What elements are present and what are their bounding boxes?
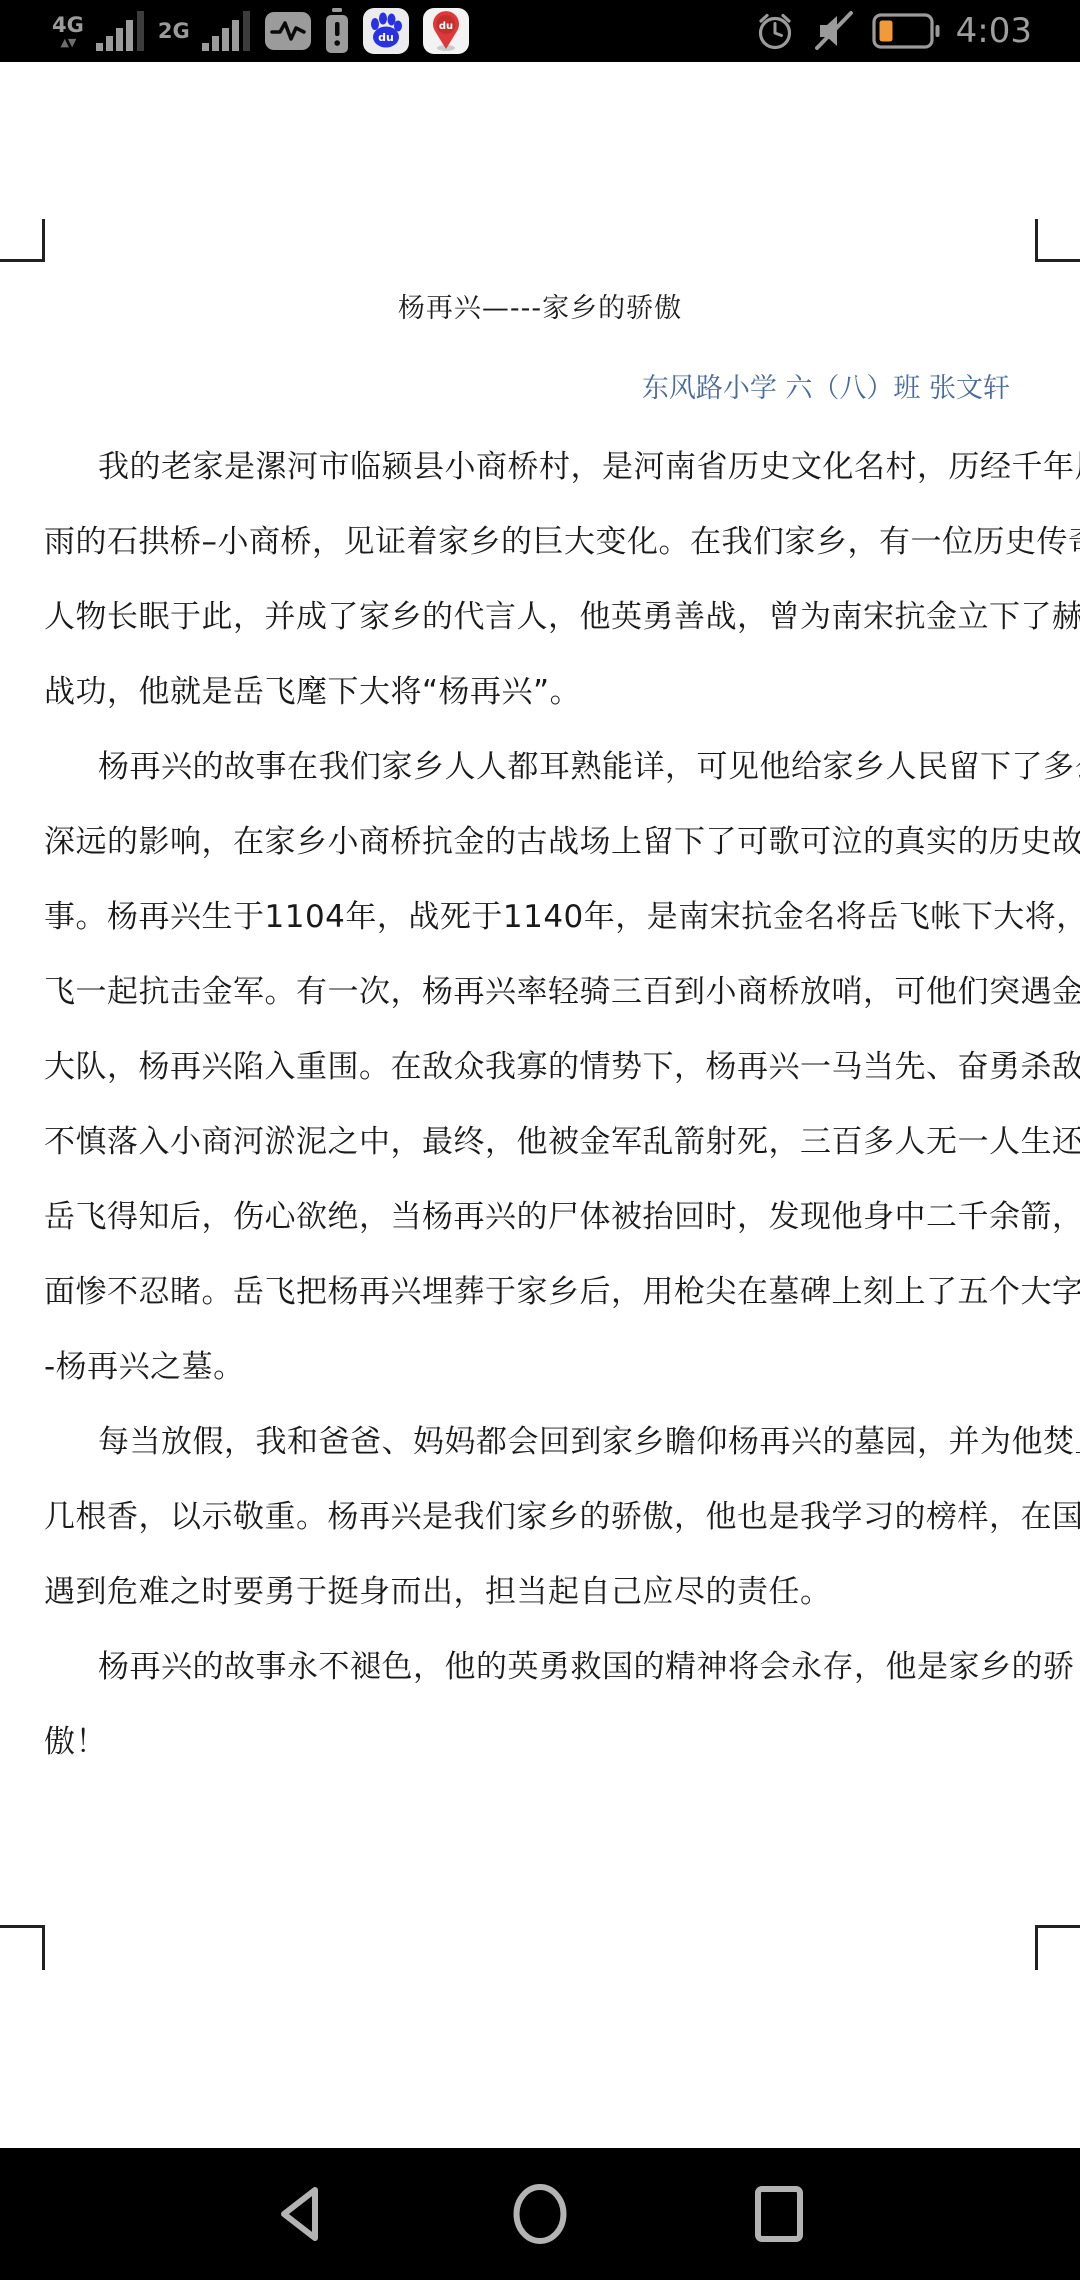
baidu-icon-text: du [378, 31, 394, 44]
home-icon[interactable] [512, 2183, 568, 2245]
signal-bars-sim2-icon [202, 9, 252, 53]
essay-document: 杨再兴—---家乡的骄傲 东风路小学 六（八）班 张文轩 我的老家是漯河市临颍县… [0, 62, 1080, 1780]
essay-line: 人物长眠于此，并成了家乡的代言人，他英勇善战，曾为南宋抗金立下了赫赫 [44, 580, 1042, 655]
status-bar: 4G ▲▼ 2G [0, 0, 1080, 62]
essay-line: 遇到危难之时要勇于挺身而出，担当起自己应尽的责任。 [44, 1555, 1042, 1630]
essay-line: -杨再兴之墓。 [44, 1330, 1042, 1405]
back-icon[interactable] [276, 2184, 322, 2244]
battery-alert-icon [324, 8, 350, 54]
essay-line: 每当放假，我和爸爸、妈妈都会回到家乡瞻仰杨再兴的墓园，并为他焚上 [44, 1405, 1042, 1480]
sim1-network-label: 4G ▲▼ [52, 15, 84, 48]
essay-title: 杨再兴—---家乡的骄傲 [0, 288, 1080, 330]
pulse-app-icon [264, 10, 312, 52]
map-icon-text: du [439, 21, 453, 32]
android-navigation-bar [0, 2148, 1080, 2280]
signal-bars-sim1-icon [96, 9, 146, 53]
essay-line: 飞一起抗击金军。有一次，杨再兴率轻骑三百到小商桥放哨，可他们突遇金军 [44, 955, 1042, 1030]
essay-line: 傲！ [44, 1705, 1042, 1780]
essay-line: 杨再兴的故事永不褪色，他的英勇救国的精神将会永存，他是家乡的骄 [44, 1630, 1042, 1705]
essay-line: 不慎落入小商河淤泥之中，最终，他被金军乱箭射死，三百多人无一人生还。 [44, 1105, 1042, 1180]
essay-line: 雨的石拱桥–小商桥，见证着家乡的巨大变化。在我们家乡，有一位历史传奇 [44, 505, 1042, 580]
essay-body: 我的老家是漯河市临颍县小商桥村，是河南省历史文化名村，历经千年风雨的石拱桥–小商… [0, 430, 1080, 1780]
battery-icon [872, 13, 940, 49]
mute-icon [812, 10, 856, 52]
margin-corner-bottom-left [0, 1925, 45, 1970]
baidu-maps-app-icon: du [422, 7, 470, 55]
status-bar-left: 4G ▲▼ 2G [52, 7, 470, 55]
sim2-network-label: 2G [158, 21, 190, 42]
document-page[interactable]: 杨再兴—---家乡的骄傲 东风路小学 六（八）班 张文轩 我的老家是漯河市临颍县… [0, 62, 1080, 2148]
essay-line: 几根香，以示敬重。杨再兴是我们家乡的骄傲，他也是我学习的榜样，在国家 [44, 1480, 1042, 1555]
essay-line: 岳飞得知后，伤心欲绝，当杨再兴的尸体被抬回时，发现他身中二千余箭，场 [44, 1180, 1042, 1255]
essay-line: 杨再兴的故事在我们家乡人人都耳熟能详，可见他给家乡人民留下了多么 [44, 730, 1042, 805]
data-transfer-arrows-icon: ▲▼ [60, 37, 75, 48]
phone-screen: 4G ▲▼ 2G [0, 0, 1080, 2280]
recents-icon[interactable] [754, 2185, 804, 2243]
sim2-network-type: 2G [158, 21, 190, 42]
baidu-app-icon: du [362, 7, 410, 55]
essay-line: 我的老家是漯河市临颍县小商桥村，是河南省历史文化名村，历经千年风 [44, 430, 1042, 505]
essay-line: 面惨不忍睹。岳飞把杨再兴埋葬于家乡后，用枪尖在墓碑上刻上了五个大字---- [44, 1255, 1042, 1330]
essay-line: 事。杨再兴生于1104年，战死于1140年，是南宋抗金名将岳飞帐下大将，跟岳 [44, 880, 1042, 955]
margin-corner-bottom-right [1035, 1925, 1080, 1970]
essay-line: 战功，他就是岳飞麾下大将“杨再兴”。 [44, 655, 1042, 730]
essay-byline: 东风路小学 六（八）班 张文轩 [0, 368, 1080, 410]
clock-time: 4:03 [956, 11, 1032, 51]
essay-line: 深远的影响，在家乡小商桥抗金的古战场上留下了可歌可泣的真实的历史故 [44, 805, 1042, 880]
alarm-icon [754, 10, 796, 52]
status-bar-right: 4:03 [754, 10, 1032, 52]
sim1-network-type: 4G [52, 15, 84, 36]
essay-line: 大队，杨再兴陷入重围。在敌众我寡的情势下，杨再兴一马当先、奋勇杀敌时 [44, 1030, 1042, 1105]
